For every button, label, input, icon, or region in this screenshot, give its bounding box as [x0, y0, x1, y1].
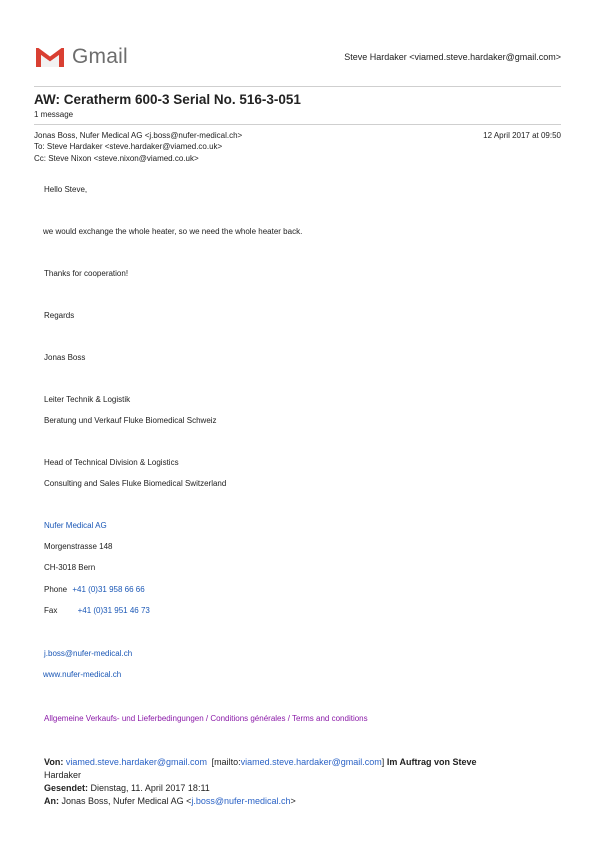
mailto-open: [mailto: — [212, 757, 241, 767]
fax-link[interactable]: +41 (0)31 951 46 73 — [78, 606, 150, 615]
message-date: 12 April 2017 at 09:50 — [483, 131, 561, 140]
an-close: > — [291, 796, 296, 806]
divider — [34, 86, 561, 87]
signature-title-en: Head of Technical Division & Logistics — [44, 458, 179, 467]
quoted-sent-row: Gesendet: Dienstag, 11. April 2017 18:11 — [44, 783, 210, 793]
mailto-email-link[interactable]: viamed.steve.hardaker@gmail.com — [241, 757, 382, 767]
address-street: Morgenstrasse 148 — [44, 542, 112, 551]
fax-label: Fax — [44, 606, 57, 615]
gesendet-label: Gesendet: — [44, 783, 88, 793]
signature-title-de: Leiter Technik & Logistik — [44, 395, 130, 404]
message-cc: Cc: Steve Nixon <steve.nixon@viamed.co.u… — [34, 154, 199, 163]
message-to: To: Steve Hardaker <steve.hardaker@viame… — [34, 142, 222, 151]
phone-row: Phone +41 (0)31 958 66 66 — [44, 585, 145, 594]
signature-name: Jonas Boss — [44, 353, 85, 362]
quoted-from-row: Von: viamed.steve.hardaker@gmail.com [ma… — [44, 757, 477, 767]
an-label: An: — [44, 796, 59, 806]
address-city: CH-3018 Bern — [44, 563, 95, 572]
fax-row: Fax +41 (0)31 951 46 73 — [44, 606, 150, 615]
von-email-link[interactable]: viamed.steve.hardaker@gmail.com — [66, 757, 207, 767]
message-from: Jonas Boss, Nufer Medical AG <j.boss@nuf… — [34, 131, 242, 140]
signature-dept-en: Consulting and Sales Fluke Biomedical Sw… — [44, 479, 226, 488]
an-name: Jonas Boss, Nufer Medical AG < — [62, 796, 192, 806]
von-label: Von: — [44, 757, 63, 767]
thread-subject: AW: Ceratherm 600-3 Serial No. 516-3-051 — [34, 92, 301, 107]
regards-text: Regards — [44, 311, 74, 320]
quoted-from-cont: Hardaker — [44, 770, 81, 780]
message-count: 1 message — [34, 110, 73, 119]
website-link[interactable]: www.nufer-medical.ch — [43, 670, 121, 679]
thanks-text: Thanks for cooperation! — [44, 269, 128, 278]
phone-label: Phone — [44, 585, 67, 594]
account-identity: Steve Hardaker <viamed.steve.hardaker@gm… — [344, 52, 561, 62]
auftrag-text: Im Auftrag von Steve — [387, 757, 477, 767]
signature-dept-de: Beratung und Verkauf Fluke Biomedical Sc… — [44, 416, 217, 425]
mailto-close: ] — [382, 757, 385, 767]
company-link[interactable]: Nufer Medical AG — [44, 521, 107, 530]
body-text: we would exchange the whole heater, so w… — [43, 227, 302, 236]
gesendet-value: Dienstag, 11. April 2017 18:11 — [91, 783, 210, 793]
terms-link[interactable]: Allgemeine Verkaufs- und Lieferbedingung… — [44, 714, 368, 723]
gmail-m-icon — [34, 46, 66, 68]
quoted-to-row: An: Jonas Boss, Nufer Medical AG <j.boss… — [44, 796, 296, 806]
divider — [34, 124, 561, 125]
phone-link[interactable]: +41 (0)31 958 66 66 — [72, 585, 144, 594]
gmail-logo[interactable]: Gmail — [34, 45, 134, 69]
email-link[interactable]: j.boss@nufer-medical.ch — [44, 649, 132, 658]
gmail-wordmark: Gmail — [72, 45, 128, 69]
greeting: Hello Steve, — [44, 185, 87, 194]
an-email-link[interactable]: j.boss@nufer-medical.ch — [191, 796, 290, 806]
